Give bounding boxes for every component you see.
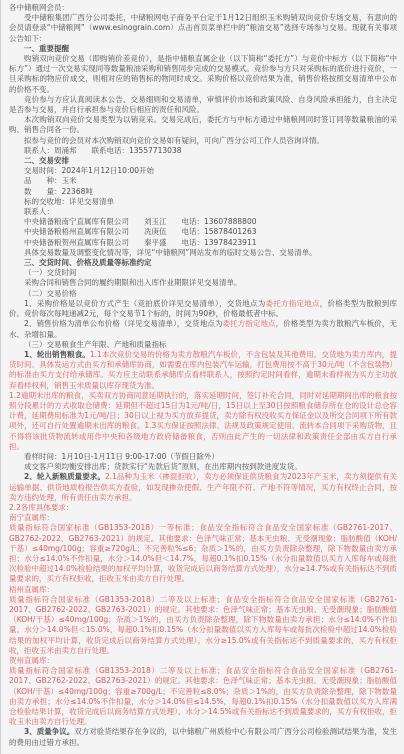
contact-row: 中央储备粮贺州直属库有限公司 秦平盛 电话：13978423911: [9, 238, 397, 248]
depot-heading: 贺州直属库：: [9, 656, 397, 666]
paragraph: 拟参与竞价的会员对本次购销双向竞价交易如有疑问，可向广西分公司工作人员咨询详情。: [9, 136, 397, 146]
red-text-run: 质量指标符合国家标准（GB1353-2018）二等及以上标准；食品安全指标符合食…: [9, 595, 397, 655]
text-run: 品 种：玉米: [24, 176, 77, 185]
section-heading-2: 二、交易安排: [9, 156, 397, 166]
paragraph: 竞价参与方应认真阅读本公告、交易细则和交易清单，审慎评价市场和政策风险、自身风险…: [9, 95, 397, 115]
contacts-label: 联系人：: [9, 207, 397, 217]
heading-text: 三、交货时间、价格及质量等标准约定: [24, 258, 152, 267]
contact-row: 中央储备粮梧州直属库有限公司 冼庚伍 电话：15878401263: [9, 227, 397, 237]
text-run: 竞价参与方应认真阅读本公告、交易细则和交易清单，审慎评价市场和政策风险、自身风险…: [9, 95, 397, 114]
heading-text: 一、重要提醒: [24, 44, 69, 53]
heading-text: 1、轮出销售粮食。: [24, 350, 90, 359]
red-text-run: 1.2逾期未出库的粮食，买卖双方协商同意延期执行的，落实延期时间，签订补充合同，…: [9, 391, 397, 451]
paragraph: 3、质量争议。双方对验货结果存在争议的，以中储粮广州质检中心有限公司广西分公司检…: [9, 727, 397, 747]
text-run: 受中储粮集团广西分公司委托，中储粮网电子商务平台定于1月12日组织玉米购销双向竞…: [9, 13, 397, 42]
red-text-run: 贺州直属库：: [9, 656, 54, 665]
paragraph: 2、轮入新粮质量要求。2.1品种为玉米（掺混拒收），卖方必须保证供货粮食为202…: [9, 472, 397, 503]
paragraph: 1、采购价格是以竞价方式产生（竞拍底价详见交易清单），交货地点为委托方指定地点，…: [9, 299, 397, 319]
red-text-run: 质量指标符合国家标准（GB1353-2018）二等及以上标准；食品安全指标符合食…: [9, 666, 397, 726]
red-text-run: 委托方指定地点: [266, 299, 320, 308]
announcement-document: 各中储粮网会员：受中储粮集团广西分公司委托，中储粮网电子商务平台定于1月12日组…: [0, 0, 404, 754]
contact-row: 中央储备粮南宁直属库有限公司 刘玉江 电话：13607888800: [9, 217, 397, 227]
text-run: （三）交易粮食生产年限、产地和质量指标: [24, 340, 167, 349]
text-run: 联系人：: [24, 207, 54, 216]
heading-text: 3、质量争议。: [24, 727, 74, 736]
intro-paragraph: 受中储粮集团广西分公司委托，中储粮网电子商务平台定于1月12日组织玉米购销双向竞…: [9, 13, 397, 44]
sample-time: 看样时间：1月10日-1月11日 9:00-17:00（节假日除外）: [9, 452, 397, 462]
text-run: 购销双向竞价交易（即购销价差竞价），是指中储粮直属企业（以下简称“委托方”）与竞…: [9, 54, 397, 94]
red-text-run: 质量指标符合国家标准（GB1353-2018）一等标准；食品安全指标符合食品安全…: [9, 523, 397, 583]
sub-heading: （一）交货时间: [9, 268, 397, 278]
text-run: 本次购销双向竞价交易类型为以销竞采。交易完成后，委托方与中标方通过中储粮网同时签…: [9, 115, 397, 134]
paragraph: 购销双向竞价交易（即购销价差竞价），是指中储粮直属企业（以下简称“委托方”）与竞…: [9, 54, 397, 95]
variety: 品 种：玉米: [9, 176, 397, 186]
sub-heading: （二）交易价格: [9, 289, 397, 299]
text-run: 2、销售价格为清单公布价格（详见交易清单），交货地点为: [24, 319, 222, 328]
text-run: 中央储备粮梧州直属库有限公司 冼庚伍 电话：15878401263: [24, 227, 257, 236]
delivery-place: 标的交收地：详见交易清单: [9, 197, 397, 207]
paragraph: 2、销售价格为清单公布价格（详见交易清单），交货地点为委托方指定地点，价格类型为…: [9, 319, 397, 339]
red-text-run: 2.2各库具体要求：: [9, 503, 73, 512]
heading-text: 2、轮入新粮质量要求。: [24, 472, 105, 481]
text-run: （二）交易价格: [24, 289, 77, 298]
text-run: 采购合同和销售合同的履约期限和出入库作业期限详见交易清单。: [24, 278, 242, 287]
trade-time: 交易时间：2024年1月12日10:00开始: [9, 166, 397, 176]
text-run: 1、采购价格是以竞价方式产生（竞拍底价详见交易清单），交货地点为: [24, 299, 266, 308]
paragraph: 具体交易数量及调整变化情况等，详见“中储粮网”网站发布的临时交易公告、交易清单。: [9, 248, 397, 258]
section-heading-1: 一、重要提醒: [9, 44, 397, 54]
red-text-run: 南宁直属库：: [9, 513, 54, 522]
text-run: 交易时间：2024年1月12日10:00开始: [24, 166, 154, 175]
text-run: 成交客户须均衡安排出库；货款实行“先款后货”原则，在出库期内按到款进度发货。: [24, 462, 302, 471]
red-text-run: 梧州直属库：: [9, 585, 54, 594]
paragraph: 1、轮出销售粮食。1.1本次竞价交易的价格为卖方散粮汽车板价，不含包装及其他费用…: [9, 350, 397, 391]
text-run: （一）交货时间: [24, 268, 77, 277]
red-text-run: 委托方指定地点: [222, 319, 275, 328]
text-run: 拟参与竞价的会员对本次购销双向竞价交易如有疑问，可向广西分公司工作人员咨询详情。: [24, 136, 324, 145]
text-run: 各中储粮网会员：: [9, 3, 69, 12]
text-run: 中央储备粮贺州直属库有限公司 秦平盛 电话：13978423911: [24, 238, 257, 247]
depot-requirements: 质量指标符合国家标准（GB1353-2018）一等标准；食品安全指标符合食品安全…: [9, 523, 397, 584]
text-run: 数 量：22368吨: [24, 187, 93, 196]
depot-requirements: 质量指标符合国家标准（GB1353-2018）二等及以上标准；食品安全指标符合食…: [9, 666, 397, 727]
section-heading-3: 三、交货时间、价格及质量等标准约定: [9, 258, 397, 268]
text-run: 中央储备粮南宁直属库有限公司 刘玉江 电话：13607888800: [24, 217, 257, 226]
text-run: 标的交收地：详见交易清单: [24, 197, 114, 206]
paragraph: 采购合同和销售合同的履约期限和出入库作业期限详见交易清单。: [9, 278, 397, 288]
text-run: 联系人：周涌邦 联系电话：13557713038: [24, 146, 182, 155]
sub-heading: （三）交易粮食生产年限、产地和质量指标: [9, 340, 397, 350]
salutation: 各中储粮网会员：: [9, 3, 397, 13]
paragraph: 成交客户须均衡安排出库；货款实行“先款后货”原则，在出库期内按到款进度发货。: [9, 462, 397, 472]
text-run: 具体交易数量及调整变化情况等，详见“中储粮网”网站发布的临时交易公告、交易清单。: [24, 248, 317, 257]
paragraph: 2.2各库具体要求：: [9, 503, 397, 513]
quantity: 数 量：22368吨: [9, 187, 397, 197]
heading-text: 二、交易安排: [24, 156, 69, 165]
text-run: 看样时间：1月10日-1月11日 9:00-17:00（节假日除外）: [24, 452, 219, 461]
contact-row: 联系人：周涌邦 联系电话：13557713038: [9, 146, 397, 156]
depot-requirements: 质量指标符合国家标准（GB1353-2018）二等及以上标准；食品安全指标符合食…: [9, 595, 397, 656]
depot-heading: 梧州直属库：: [9, 585, 397, 595]
depot-heading: 南宁直属库：: [9, 513, 397, 523]
paragraph: 1.2逾期未出库的粮食，买卖双方协商同意延期执行的，落实延期时间，签订补充合同，…: [9, 391, 397, 452]
paragraph: 本次购销双向竞价交易类型为以销竞采。交易完成后，委托方与中标方通过中储粮网同时签…: [9, 115, 397, 135]
